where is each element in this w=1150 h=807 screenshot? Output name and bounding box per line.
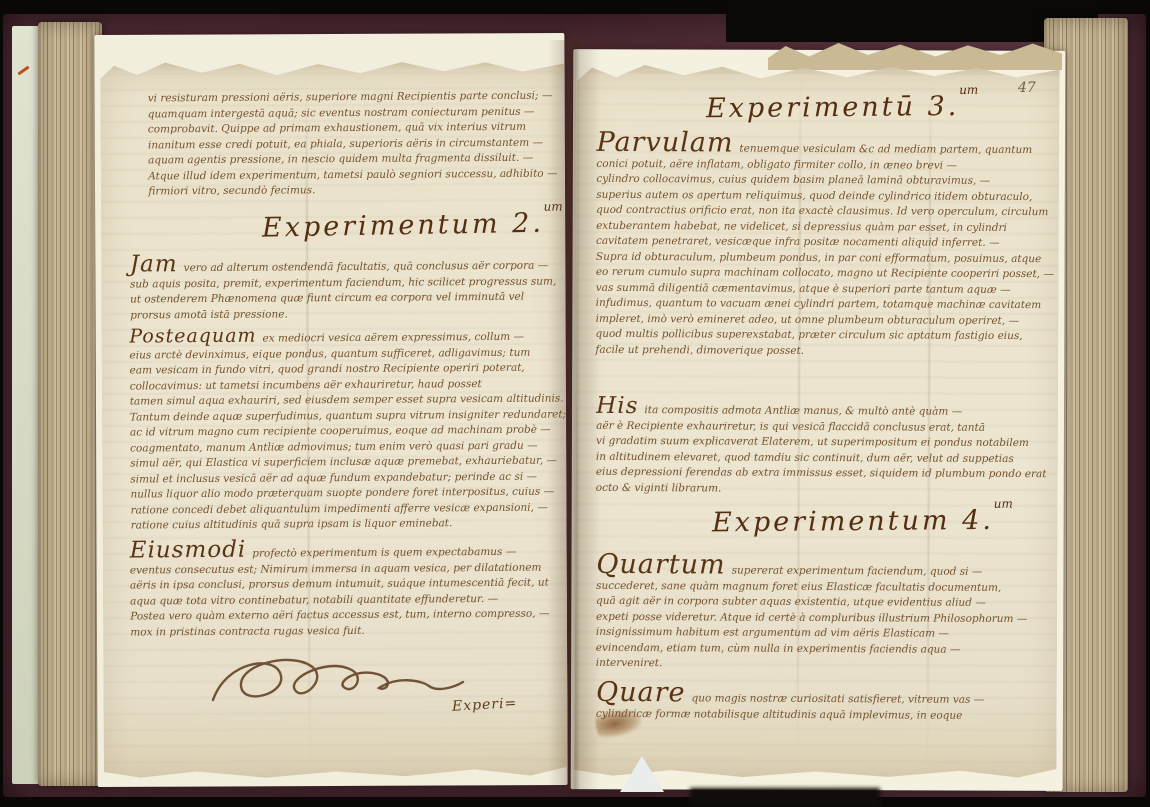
manuscript-line: cylindro collocavimus, cuius quidem basi…	[596, 172, 1046, 190]
paragraph-lead-word: Parvulam	[596, 129, 733, 157]
manuscript-line: profectò experimentum is quem expectabam…	[252, 545, 516, 562]
manuscript-line: vero ad alterum ostendendā facultatis, q…	[184, 259, 549, 277]
heading-superscript: um	[543, 199, 562, 213]
manuscript-line: cavitatem penetraret, vesicæque infra po…	[596, 234, 1046, 252]
paragraph-eiusmodi: Eiusmodi profectò experimentum is quem e…	[130, 537, 561, 641]
heading-word: Experimentum	[712, 505, 951, 538]
heading-experimentum-4: Experimentum 4.um	[712, 505, 1013, 539]
manuscript-line: quā agit aër in corpora subter aquas exi…	[596, 594, 1046, 612]
heading-experimentum-3: Experimentū 3.um	[706, 91, 979, 124]
manuscript-line: prorsus amotā istā pressione.	[130, 305, 558, 323]
paragraph-lines: eventus consecutus est; Nimirum immersa …	[130, 560, 561, 641]
manuscript-line: Postea vero quàm externo aëri factus acc…	[130, 606, 560, 625]
manuscript-line: ita compositis admota Antliæ manus, & mu…	[644, 403, 962, 420]
paragraph-lead-word: Quare	[596, 679, 686, 706]
manuscript-line: ratione cuius altitudinis quā supra ipsa…	[131, 515, 561, 534]
heading-experimentum-2: Experimentum 2.um	[262, 207, 564, 243]
heading-superscript: um	[959, 83, 978, 97]
paragraph-his: His ita compositis admota Antliæ manus, …	[596, 395, 1047, 498]
manuscript-line: eius depressioni ferendas ab extra immis…	[596, 465, 1046, 483]
manuscript-line: insignissimum habitum est argumentum ad …	[596, 625, 1046, 643]
manuscript-line: quod multis pollicibus superexstabat, pr…	[595, 327, 1045, 345]
paragraph-jam: Jam vero ad alterum ostendendā facultati…	[130, 251, 558, 324]
background-gap	[726, 0, 1098, 42]
paragraph-quartum: Quartum supererat experimentum faciendum…	[596, 551, 1047, 674]
paragraph-parvulam: Parvulam tenuemque vesiculam &c ad media…	[595, 129, 1046, 360]
manuscript-line: interveniret.	[596, 656, 1046, 674]
endpaper	[12, 26, 39, 784]
paragraph-lead-word: Jam	[130, 253, 178, 276]
manuscript-line: tenuemque vesiculam &c ad mediam partem,…	[739, 142, 1032, 159]
manuscript-line: ratione concedi debet aliquantulum imped…	[131, 500, 561, 519]
manuscript-line: vi gradatim suum explicaverat Elaterem, …	[596, 434, 1046, 452]
paragraph-lead-word: Quartum	[596, 551, 726, 579]
manuscript-line: octo & viginti librarum.	[596, 480, 1046, 498]
manuscript-line: quo magis nostræ curiositati satisfieret…	[691, 691, 984, 708]
paragraph-lines: succederet, sane quàm magnum foret eius …	[596, 578, 1046, 673]
manuscript-book-photo: vi resisturam pressioni aëris, superiore…	[0, 0, 1150, 807]
paragraph-quare: Quare quo magis nostræ curiositati satis…	[596, 679, 1046, 724]
paragraph-lead-word: His	[596, 395, 638, 418]
paragraph-postquam: Posteaquam ex mediocri vesica aërem expr…	[129, 325, 560, 534]
manuscript-line: mox in pristinas contracta rugas vesica …	[130, 622, 560, 641]
page-number: 47	[1018, 80, 1036, 96]
manuscript-line: cylindricæ formæ notabilisque altitudini…	[596, 706, 1046, 724]
heading-number: 2.	[512, 208, 544, 240]
manuscript-line: eo rerum cumulo supra machinam collocato…	[596, 265, 1046, 283]
manuscript-line: Atque illud idem experimentum, tametsi p…	[148, 166, 558, 184]
paragraph-lines: vi resisturam pressioni aëris, superiore…	[148, 89, 559, 200]
paragraph-lines: eius arctè devinximus, eique pondus, qua…	[129, 345, 560, 534]
paragraph-lines: sub aquis posita, premit, experimentum f…	[130, 274, 558, 323]
paragraph-lines: conici potuit, aëre inflatam, obligato f…	[595, 156, 1046, 360]
paragraph-lead-word: Eiusmodi	[130, 539, 247, 563]
manuscript-line: firmiori vitro, secundò fecimus.	[148, 182, 558, 200]
page-edge-stack-left	[38, 22, 102, 786]
manuscript-line: facile ut prehendi, dimoverique posset.	[595, 342, 1045, 360]
heading-word: Experimentum	[262, 208, 501, 243]
manuscript-line: ut ostenderem Phænomena quæ fiunt circum…	[130, 290, 558, 308]
manuscript-line: supererat experimentum faciendum, quod s…	[732, 564, 983, 581]
heading-superscript: um	[994, 497, 1013, 511]
manuscript-line: evincendam, etiam tum, cùm nulla in expe…	[596, 640, 1046, 658]
manuscript-line: ex mediocri vesica aërem expressimus, co…	[262, 330, 524, 347]
heading-word: Experimentū	[706, 91, 916, 124]
manuscript-line: quod contractius orificio erat, non ita …	[596, 203, 1046, 221]
bottom-shadow	[690, 788, 880, 807]
manuscript-line: eam vesicam in fundo vitri, quod grandi …	[130, 361, 560, 380]
catchword: Experi=	[452, 695, 518, 714]
paragraph-continuation: vi resisturam pressioni aëris, superiore…	[148, 89, 559, 200]
paragraph-lines: aër è Recipiente exhauriretur, is qui ve…	[596, 418, 1046, 498]
paragraph-lines: cylindricæ formæ notabilisque altitudini…	[596, 706, 1046, 724]
heading-number: 4.	[962, 505, 994, 536]
paragraph-lead-word: Posteaquam	[129, 327, 256, 347]
manuscript-line: infudimus, quantum to vacuam ænei cylind…	[596, 296, 1046, 314]
pen-flourish	[205, 650, 485, 728]
heading-number: 3.	[927, 91, 959, 122]
